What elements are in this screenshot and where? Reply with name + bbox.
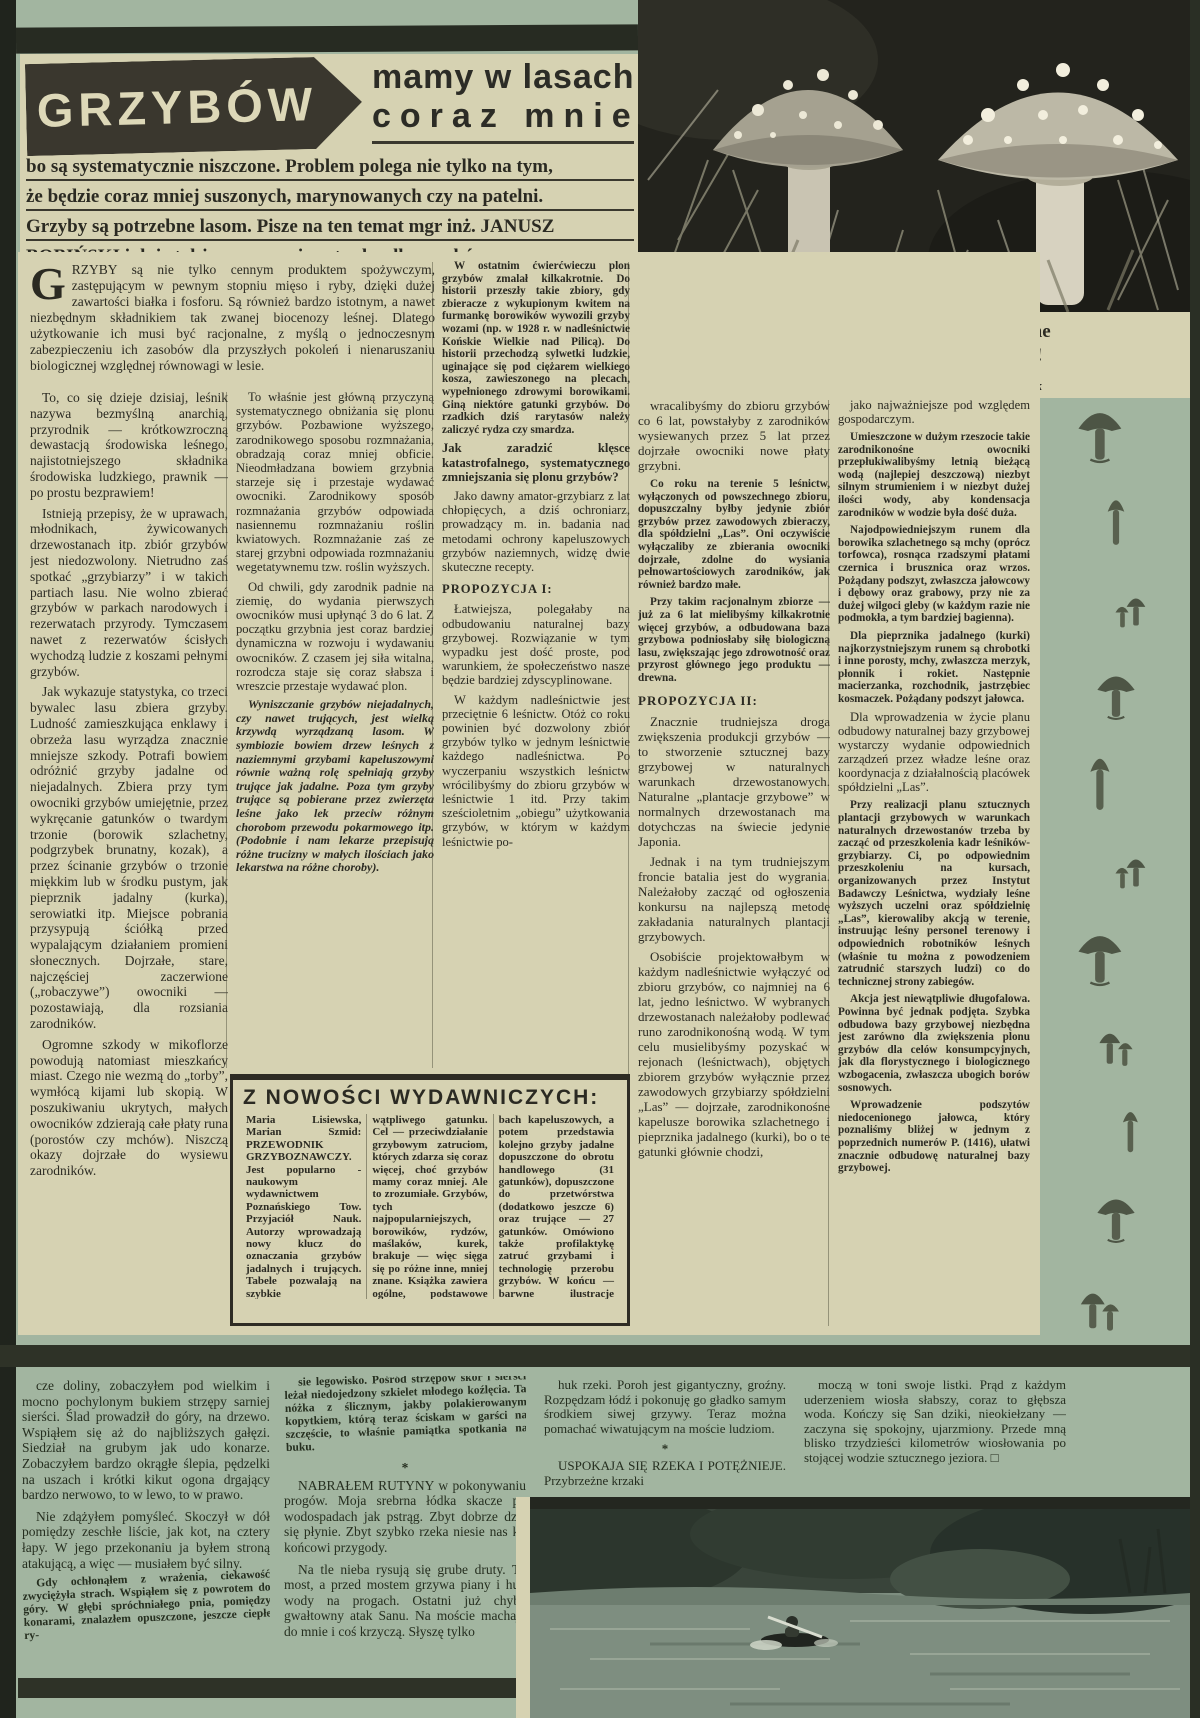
paragraph: bo są systematycznie niszczone. Problem … bbox=[26, 156, 634, 181]
mushroom-icon bbox=[1094, 663, 1138, 721]
mushroom-icon bbox=[1075, 1269, 1126, 1336]
paragraph: sie legowisko. Pośród strzępów skór i si… bbox=[284, 1376, 526, 1454]
article-column-4: wracalibyśmy do zbioru grzybów co 6 lat,… bbox=[638, 398, 830, 1330]
headline-badge: GRZYBÓW bbox=[25, 56, 363, 156]
paragraph: Gdy ochłonąłem z wrażenia, ciekawość zwy… bbox=[22, 1568, 270, 1642]
paragraph: Co roku na terenie 5 leśnictw, wyłączony… bbox=[638, 478, 830, 591]
mushroom-icon bbox=[1075, 920, 1126, 987]
headline-title: mamy w lasach coraz mniej bbox=[372, 58, 634, 144]
paragraph: Nie zdążyłem pomyśleć. Skoczył w dół pom… bbox=[22, 1509, 270, 1571]
photo-margin-sliver bbox=[516, 1497, 530, 1718]
bottom-article-column-2: sie legowisko. Pośród strzępów skór i si… bbox=[284, 1376, 526, 1676]
paragraph: Przy realizacji planu sztucznych plantac… bbox=[838, 799, 1030, 988]
magazine-page: { "colors":{"page_bg":"#a2b5a0","paper":… bbox=[0, 0, 1200, 1718]
paragraph: Przy takim racjonalnym zbiorze — już za … bbox=[638, 596, 830, 684]
paragraph: że będzie coraz mniej suszonych, marynow… bbox=[26, 186, 634, 211]
paragraph: Jako dawny amator-grzybiarz z lat chłopi… bbox=[442, 489, 630, 574]
bottom-article-column-3: huk rzeki. Poroh jest gigantyczny, groźn… bbox=[544, 1378, 786, 1496]
mushroom-icon bbox=[1094, 1186, 1138, 1244]
paragraph: Wprowadzenie podszytów niedocenionego ja… bbox=[838, 1099, 1030, 1175]
mushroom-icon bbox=[1111, 1102, 1151, 1154]
column-rule bbox=[432, 262, 433, 1068]
page-left-spine bbox=[0, 0, 16, 1718]
main-article: G RZYBY są nie tylko cennym produktem sp… bbox=[18, 252, 1040, 1335]
mushroom-illustration-strip bbox=[1042, 398, 1190, 1335]
river-photo bbox=[530, 1497, 1190, 1718]
paragraph: cze doliny, zobaczyłem pod wielkim i moc… bbox=[22, 1378, 270, 1503]
mushroom-icon bbox=[1094, 1012, 1138, 1070]
new-books-box: Z NOWOŚCI WYDAWNICZYCH: Maria Lisiewska,… bbox=[230, 1074, 630, 1326]
article-column-5: jako najważniejsze pod względem gospodar… bbox=[838, 398, 1030, 1330]
paragraph: USPOKAJA SIĘ RZEKA I POTĘŻNIEJE. Przybrz… bbox=[544, 1459, 786, 1488]
intro-paragraph: G RZYBY są nie tylko cennym produktem sp… bbox=[30, 262, 435, 374]
paragraph: Istnieją przepisy, że w uprawach, młodni… bbox=[30, 506, 228, 680]
paragraph: * bbox=[284, 1460, 526, 1476]
article-column-3: W ostatnim ćwierćwieczu plon grzybów zma… bbox=[442, 260, 630, 1070]
intro-text: RZYBY są nie tylko cennym produktem spoż… bbox=[30, 262, 435, 374]
paragraph: Na tle nieba rysują się grube druty. To … bbox=[284, 1562, 526, 1640]
paragraph: * bbox=[544, 1442, 786, 1457]
book-note-column-1: Maria Lisiewska, Marian Szmid: PRZEWODNI… bbox=[241, 1114, 366, 1299]
article-header: GRZYBÓW mamy w lasach coraz mniej bo są … bbox=[20, 54, 640, 252]
paragraph: PROPOZYCJA I: bbox=[442, 582, 630, 596]
page-right-edge bbox=[1190, 0, 1200, 1718]
drop-cap: G bbox=[30, 262, 72, 304]
paragraph: PROPOZYCJA II: bbox=[638, 693, 830, 708]
mushroom-icon bbox=[1111, 579, 1151, 631]
paragraph: Dla pieprznika jadalnego (kurki) najkorz… bbox=[838, 630, 1030, 706]
headline-line-1: mamy w lasach bbox=[372, 58, 634, 97]
paragraph: Umieszczone w dużym rzeszocie takie zaro… bbox=[838, 431, 1030, 519]
headline-line-2: coraz mniej bbox=[372, 97, 634, 144]
top-shadow-band bbox=[16, 24, 638, 53]
new-books-title: Z NOWOŚCI WYDAWNICZYCH: bbox=[233, 1080, 627, 1112]
paragraph: Łatwiejsza, polegałaby na odbudowaniu na… bbox=[442, 602, 630, 687]
mushroom-icon bbox=[1075, 746, 1126, 813]
paragraph: huk rzeki. Poroh jest gigantyczny, groźn… bbox=[544, 1378, 786, 1436]
paragraph: Akcja jest niewątpliwie długofalowa. Pow… bbox=[838, 993, 1030, 1094]
paragraph: W ostatnim ćwierćwieczu plon grzybów zma… bbox=[442, 260, 630, 436]
paragraph: Osobiście projektowałbym w każdym nadleś… bbox=[638, 949, 830, 1159]
bottom-left-rule-bar bbox=[18, 1678, 524, 1698]
book-note-column-2: wątpliwego gatunku. Cel — przeciwdziałan… bbox=[366, 1114, 492, 1299]
mushroom-icon bbox=[1094, 489, 1138, 547]
paragraph: Grzyby są potrzebne lasom. Pisze na ten … bbox=[26, 216, 634, 241]
paragraph: wracalibyśmy do zbioru grzybów co 6 lat,… bbox=[638, 398, 830, 473]
paragraph: Jak zaradzić klęsce katastrofalnego, sys… bbox=[442, 441, 630, 484]
paragraph: Dla wprowadzenia w życie planu odbudowy … bbox=[838, 710, 1030, 794]
paragraph: Jak wykazuje statystyka, co trzeci bywal… bbox=[30, 684, 228, 1032]
paragraph: NABRAŁEM RUTYNY w pokonywaniu progów. Mo… bbox=[284, 1478, 526, 1556]
paragraph: Znacznie trudniejsza droga zwiększenia p… bbox=[638, 714, 830, 849]
mushroom-icon bbox=[1075, 398, 1126, 465]
bottom-article-column-4: moczą w toni swoje listki. Prąd z każdym… bbox=[804, 1378, 1066, 1498]
mushroom-icon bbox=[1111, 840, 1151, 892]
paragraph: Od chwili, gdy zarodnik padnie na ziemię… bbox=[236, 580, 434, 694]
paragraph: moczą w toni swoje listki. Prąd z każdym… bbox=[804, 1378, 1066, 1466]
article-column-2: To właśnie jest główną przyczyną systema… bbox=[236, 390, 434, 1070]
paragraph: To, co się dzieje dzisiaj, leśnik nazywa… bbox=[30, 390, 228, 501]
paragraph: Jednak i na tym trudniejszym froncie bat… bbox=[638, 854, 830, 944]
paragraph: W każdym nadleśnictwie jest przeciętnie … bbox=[442, 693, 630, 849]
column-rule bbox=[226, 392, 227, 1068]
paragraph: To właśnie jest główną przyczyną systema… bbox=[236, 390, 434, 575]
book-note-column-3: bach kapeluszowych, a potem przedstawia … bbox=[493, 1114, 619, 1299]
river-kayak-photo bbox=[530, 1509, 1190, 1718]
paragraph: Wyniszczanie grzybów niejadalnych, czy n… bbox=[236, 698, 434, 875]
headline-badge-text: GRZYBÓW bbox=[36, 75, 318, 137]
paragraph: Ogromne szkody w mikoflorze powodują nat… bbox=[30, 1037, 228, 1179]
paragraph: Najodpowiedniejszym runem dla borowika s… bbox=[838, 524, 1030, 625]
section-divider-bar bbox=[0, 1345, 1200, 1367]
column-rule bbox=[828, 400, 829, 1326]
paragraph: jako najważniejsze pod względem gospodar… bbox=[838, 398, 1030, 426]
article-column-1: To, co się dzieje dzisiaj, leśnik nazywa… bbox=[30, 390, 228, 1330]
bottom-article-column-1: cze doliny, zobaczyłem pod wielkim i moc… bbox=[22, 1378, 270, 1674]
